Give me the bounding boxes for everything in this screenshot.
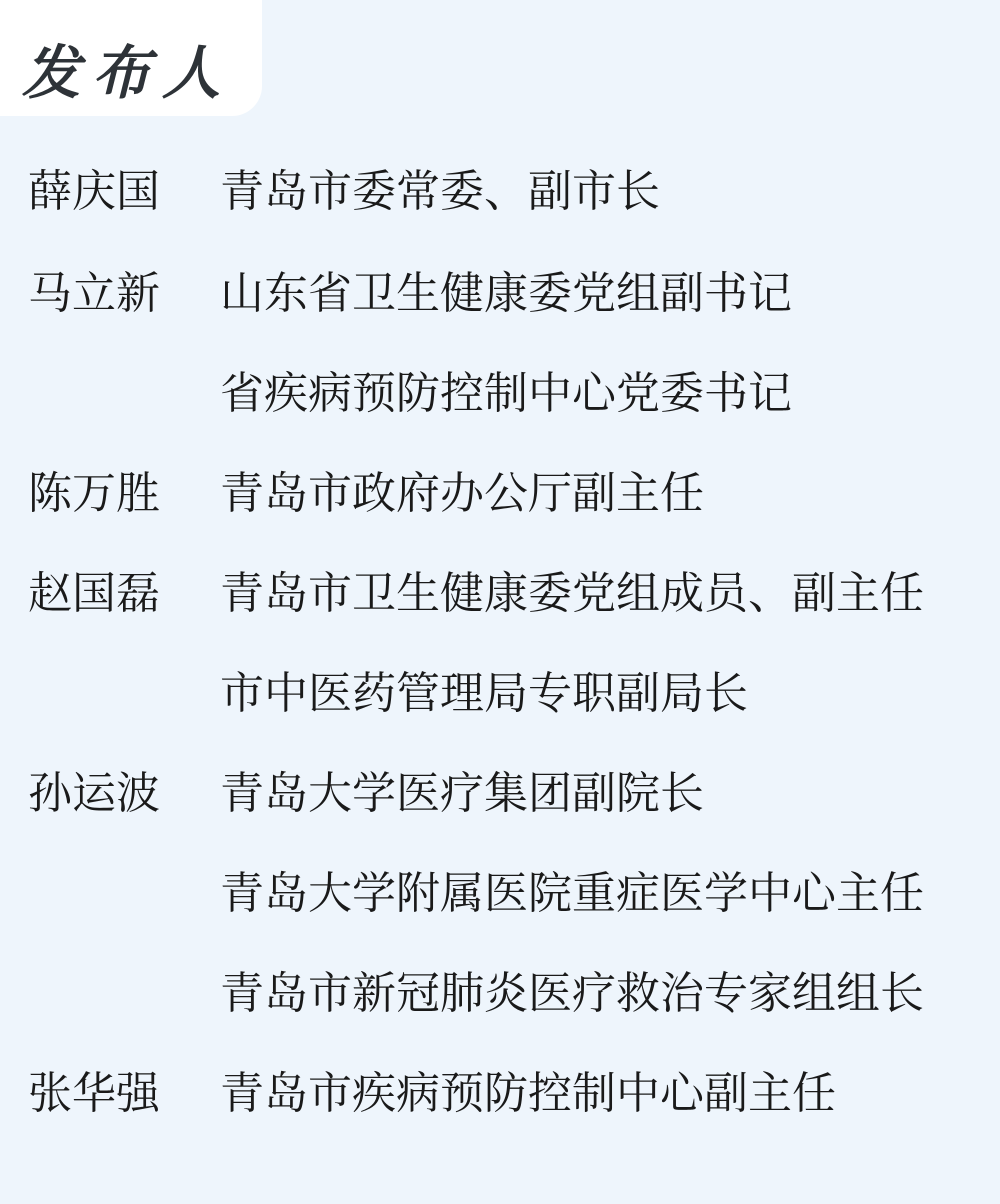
- speaker-title: 青岛市新冠肺炎医疗救治专家组组长: [220, 964, 924, 1024]
- list-item: 省疾病预防控制中心党委书记: [0, 364, 1000, 424]
- speaker-name: 薛庆国: [28, 162, 160, 222]
- speaker-name: 张华强: [28, 1064, 160, 1124]
- list-item: 青岛市新冠肺炎医疗救治专家组组长: [0, 964, 1000, 1024]
- speaker-title: 青岛大学附属医院重症医学中心主任: [220, 864, 924, 924]
- speaker-title: 青岛市疾病预防控制中心副主任: [220, 1064, 836, 1124]
- section-title: 发布人: [22, 26, 232, 110]
- speaker-title: 省疾病预防控制中心党委书记: [220, 364, 792, 424]
- list-item: 薛庆国 青岛市委常委、副市长: [0, 162, 1000, 222]
- list-item: 陈万胜 青岛市政府办公厅副主任: [0, 464, 1000, 524]
- list-item: 孙运波 青岛大学医疗集团副院长: [0, 764, 1000, 824]
- speaker-title: 山东省卫生健康委党组副书记: [220, 264, 792, 324]
- speaker-name: 马立新: [28, 264, 160, 324]
- speaker-title: 青岛市卫生健康委党组成员、副主任: [220, 564, 924, 624]
- header-tab: 发布人: [0, 0, 262, 116]
- speaker-name: 陈万胜: [28, 464, 160, 524]
- speaker-title: 青岛市委常委、副市长: [220, 162, 660, 222]
- list-item: 张华强 青岛市疾病预防控制中心副主任: [0, 1064, 1000, 1124]
- speaker-name: 赵国磊: [28, 564, 160, 624]
- speaker-title: 青岛大学医疗集团副院长: [220, 764, 704, 824]
- list-item: 马立新 山东省卫生健康委党组副书记: [0, 264, 1000, 324]
- list-item: 市中医药管理局专职副局长: [0, 664, 1000, 724]
- speaker-title: 市中医药管理局专职副局长: [220, 664, 748, 724]
- speaker-name: 孙运波: [28, 764, 160, 824]
- list-item: 赵国磊 青岛市卫生健康委党组成员、副主任: [0, 564, 1000, 624]
- list-item: 青岛大学附属医院重症医学中心主任: [0, 864, 1000, 924]
- speaker-title: 青岛市政府办公厅副主任: [220, 464, 704, 524]
